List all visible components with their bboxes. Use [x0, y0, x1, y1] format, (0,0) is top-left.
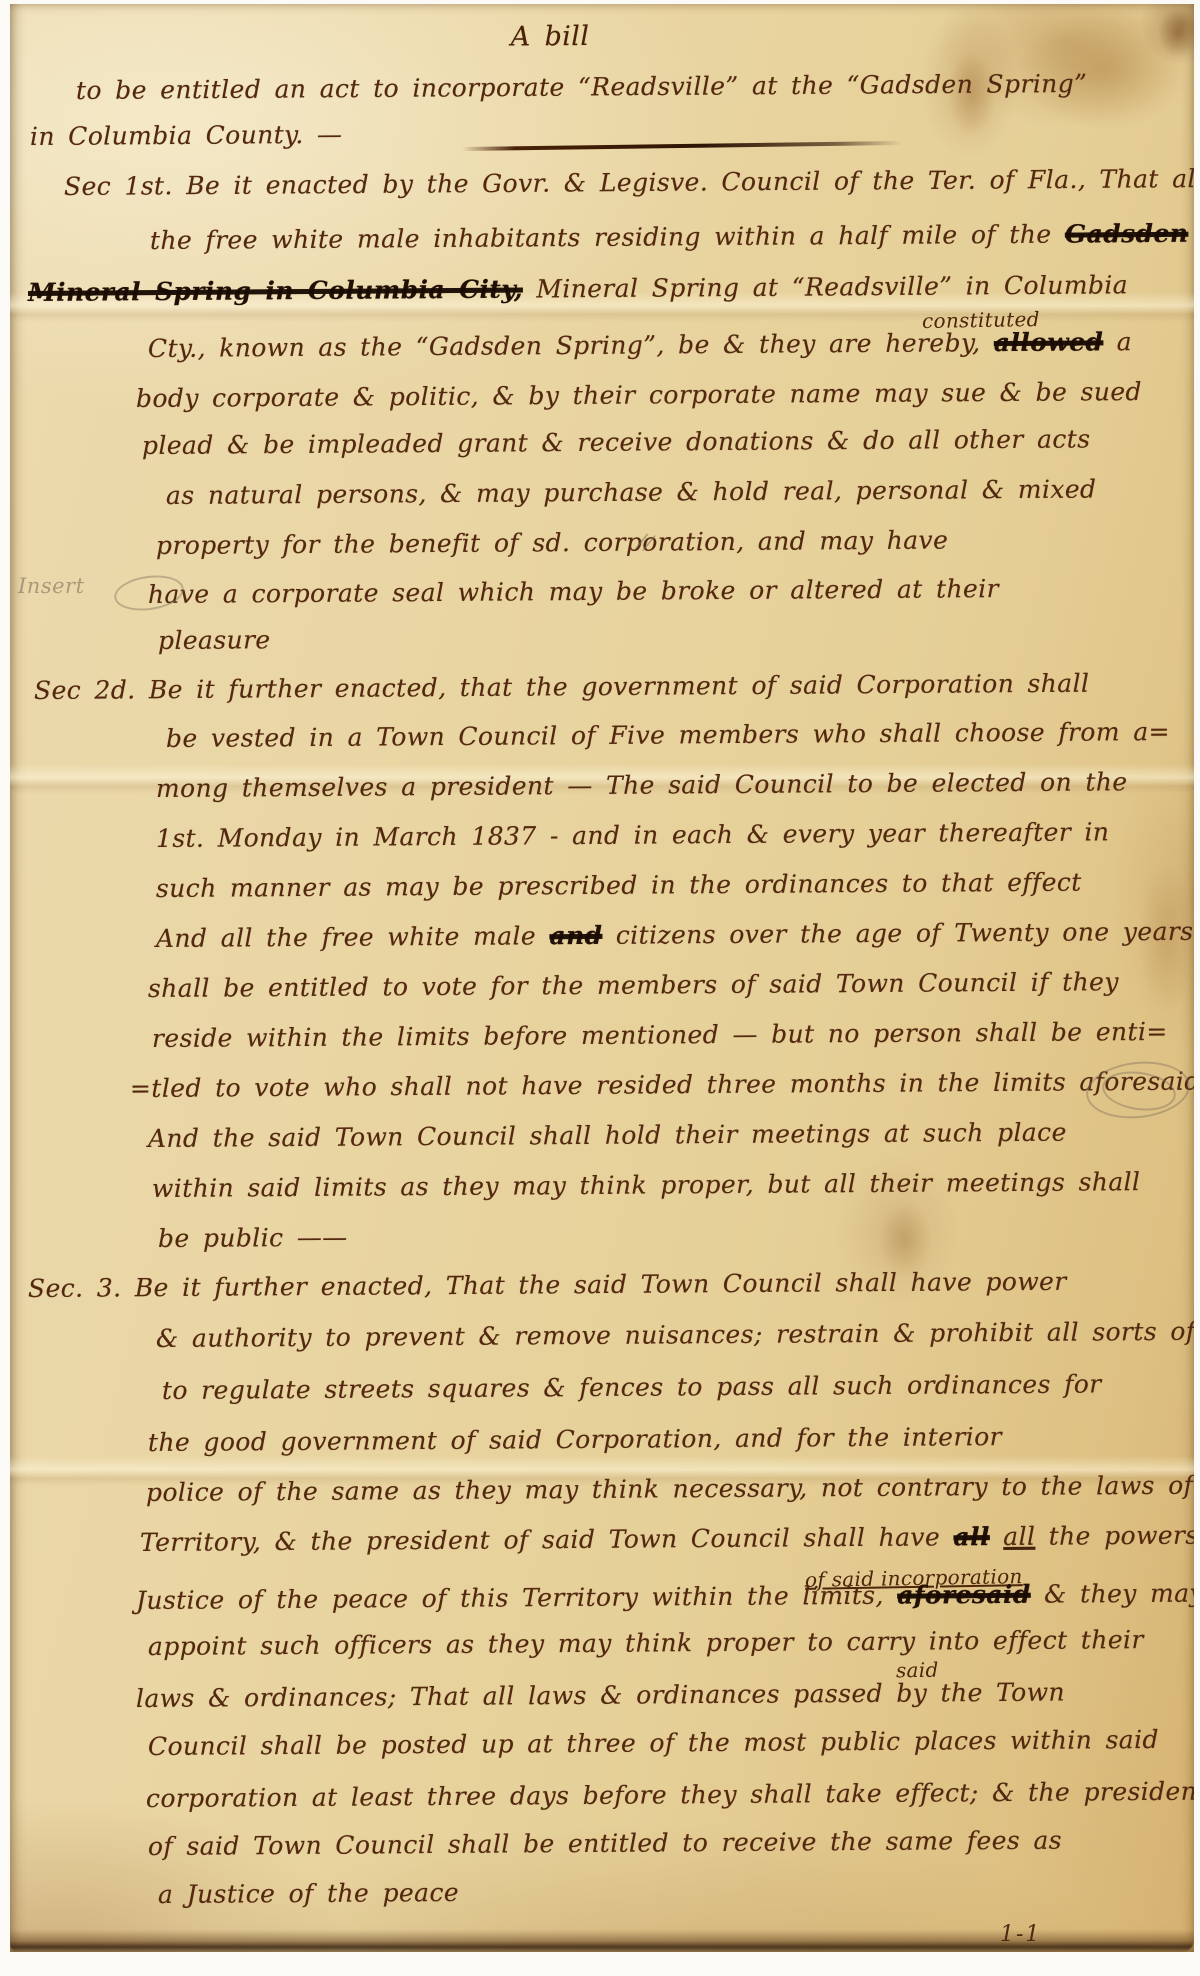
manuscript-line: 1st. Monday in March 1837 - and in each …: [156, 817, 1110, 853]
text-segment: a: [1103, 327, 1132, 356]
manuscript-line: shall be entitled to vote for the member…: [148, 967, 1119, 1003]
manuscript-line: body corporate & politic, & by their cor…: [136, 377, 1142, 413]
text-segment: in Columbia County. —: [30, 120, 343, 151]
text-segment: citizens over the age of Twenty one year…: [602, 917, 1193, 950]
manuscript-line: laws & ordinances; That all laws & ordin…: [136, 1678, 1065, 1713]
text-segment: & they may —: [1031, 1578, 1194, 1608]
text-segment: the powers of a: [1035, 1520, 1194, 1551]
manuscript-line: the free white male inhabitants residing…: [150, 219, 1189, 255]
text-segment: to be entitled an act to incorporate “Re…: [76, 69, 1087, 105]
text-segment: be public ——: [158, 1223, 348, 1253]
manuscript-line: a Justice of the peace: [158, 1878, 459, 1909]
paper-stain: [878, 1202, 932, 1278]
manuscript-line: in Columbia County. —: [30, 120, 343, 151]
text-segment: shall be entitled to vote for the member…: [148, 967, 1119, 1003]
text-segment: have a corporate seal which may be broke…: [148, 574, 999, 609]
manuscript-line: Mineral Spring in Columbia City, Mineral…: [28, 270, 1128, 307]
manuscript-line: appoint such officers as they may think …: [148, 1625, 1144, 1661]
document-scan: A bill to be entitled an act to incorpor…: [0, 0, 1200, 1976]
text-segment: property for the benefit of sd. corporat…: [156, 525, 948, 560]
manuscript-line: such manner as may be prescribed in the …: [156, 868, 1082, 903]
text-segment: pleasure: [158, 625, 271, 655]
manuscript-line: have a corporate seal which may be broke…: [148, 574, 999, 609]
pencil-margin-note: Insert: [18, 574, 85, 598]
text-segment: And the said Town Council shall hold the…: [148, 1118, 1067, 1153]
document-title: A bill: [440, 20, 660, 53]
manuscript-line: plead & be impleaded grant & receive don…: [142, 424, 1091, 460]
text-segment: of said Town Council shall be entitled t…: [148, 1826, 1062, 1861]
text-segment: mong themselves a president — The said C…: [156, 767, 1128, 803]
paper-stain: [1158, 8, 1194, 58]
text-segment: Territory, & the president of said Town …: [140, 1522, 954, 1557]
flourish-rule: [462, 141, 902, 151]
text-segment: such manner as may be prescribed in the …: [156, 868, 1082, 903]
text-segment: to regulate streets squares & fences to …: [162, 1369, 1102, 1405]
struck-text: Mineral Spring in Columbia City,: [28, 275, 523, 307]
manuscript-line: as natural persons, & may purchase & hol…: [166, 475, 1097, 510]
text-segment: Mineral Spring at “Readsville” in Columb…: [523, 270, 1128, 303]
manuscript-line: Council shall be posted up at three of t…: [148, 1725, 1159, 1761]
manuscript-line: Sec. 3. Be it further enacted, That the …: [28, 1267, 1067, 1303]
text-segment: 1st. Monday in March 1837 - and in each …: [156, 817, 1110, 853]
manuscript-line: be public ——: [158, 1223, 348, 1253]
struck-text: all: [953, 1522, 990, 1551]
struck-text: allowed: [994, 327, 1104, 357]
text-segment: And all the free white male: [156, 921, 550, 953]
struck-text: and: [549, 921, 602, 950]
manuscript-line: Justice of the peace of this Territory w…: [136, 1578, 1194, 1615]
text-segment: reside within the limits before mentione…: [152, 1017, 1168, 1053]
text-segment: Sec. 3. Be it further enacted, That the …: [28, 1267, 1067, 1303]
manuscript-line: And the said Town Council shall hold the…: [148, 1118, 1067, 1153]
text-segment: Sec 1st. Be it enacted by the Govr. & Le…: [64, 164, 1194, 201]
underlined-text: all: [1003, 1522, 1035, 1551]
text-segment: appoint such officers as they may think …: [148, 1625, 1144, 1661]
manuscript-line: And all the free white male and citizens…: [156, 917, 1194, 953]
manuscript-line: to be entitled an act to incorporate “Re…: [76, 69, 1087, 105]
manuscript-line: be vested in a Town Council of Five memb…: [166, 717, 1170, 753]
text-segment: laws & ordinances; That all laws & ordin…: [136, 1678, 1065, 1713]
manuscript-line: of said Town Council shall be entitled t…: [148, 1826, 1062, 1861]
manuscript-line: the good government of said Corporation,…: [148, 1422, 1002, 1457]
text-segment: body corporate & politic, & by their cor…: [136, 377, 1142, 413]
text-segment: a Justice of the peace: [158, 1878, 459, 1909]
text-segment: plead & be impleaded grant & receive don…: [142, 424, 1091, 460]
text-segment: [990, 1522, 1004, 1551]
manuscript-line: within said limits as they may think pro…: [152, 1167, 1141, 1203]
text-segment: as natural persons, & may purchase & hol…: [166, 475, 1097, 510]
manuscript-line: to regulate streets squares & fences to …: [162, 1369, 1102, 1405]
text-segment: Justice of the peace of this Territory w…: [136, 1581, 897, 1615]
manuscript-line: police of the same as they may think nec…: [146, 1470, 1194, 1507]
paper-sheet: A bill to be entitled an act to incorpor…: [10, 4, 1194, 1952]
manuscript-line: mong themselves a president — The said C…: [156, 767, 1128, 803]
manuscript-line: reside within the limits before mentione…: [152, 1017, 1168, 1053]
manuscript-line: Cty., known as the “Gadsden Spring”, be …: [148, 327, 1132, 363]
manuscript-line: Sec 2d. Be it further enacted, that the …: [34, 669, 1090, 705]
text-segment: the free white male inhabitants residing…: [150, 220, 1065, 255]
text-segment: corporation at least three days before t…: [146, 1777, 1194, 1813]
manuscript-line: Territory, & the president of said Town …: [140, 1520, 1194, 1557]
manuscript-line: =tled to vote who shall not have resided…: [130, 1067, 1194, 1103]
text-segment: within said limits as they may think pro…: [152, 1167, 1141, 1203]
text-segment: the good government of said Corporation,…: [148, 1422, 1002, 1457]
page-number: 1-1: [1000, 1922, 1041, 1947]
text-segment: be vested in a Town Council of Five memb…: [166, 717, 1170, 753]
manuscript-line: pleasure: [158, 625, 271, 655]
struck-text: aforesaid: [897, 1580, 1031, 1610]
text-segment: & authority to prevent & remove nuisance…: [156, 1316, 1194, 1353]
text-segment: police of the same as they may think nec…: [146, 1470, 1194, 1507]
struck-text: Gadsden: [1065, 219, 1189, 249]
manuscript-line: corporation at least three days before t…: [146, 1777, 1194, 1813]
manuscript-line: & authority to prevent & remove nuisance…: [156, 1316, 1194, 1353]
manuscript-line: Sec 1st. Be it enacted by the Govr. & Le…: [64, 164, 1194, 201]
manuscript-line: property for the benefit of sd. corporat…: [156, 525, 948, 560]
text-segment: =tled to vote who shall not have resided…: [130, 1067, 1194, 1103]
text-segment: Sec 2d. Be it further enacted, that the …: [34, 669, 1090, 705]
text-segment: Cty., known as the “Gadsden Spring”, be …: [148, 328, 994, 363]
text-segment: Council shall be posted up at three of t…: [148, 1725, 1159, 1761]
